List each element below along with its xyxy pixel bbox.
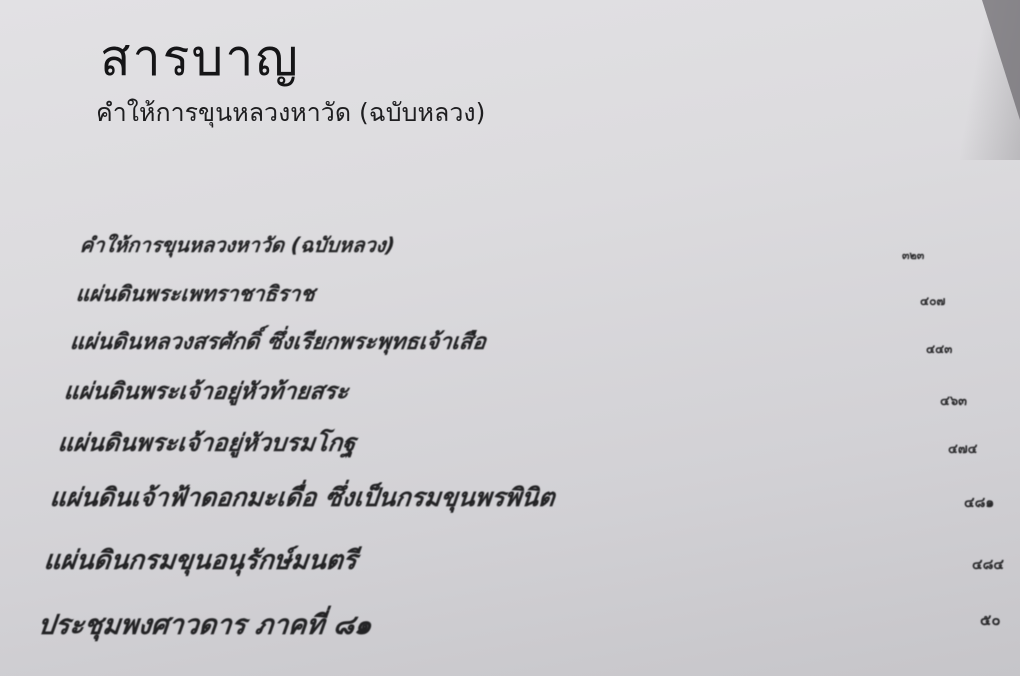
- page-subtitle: คำให้การขุนหลวงหาวัด (ฉบับหลวง): [96, 96, 485, 130]
- toc-entry: ประชุมพงศาวดาร ภาคที่ ๘๑ ๕๐: [38, 604, 1020, 644]
- toc-entry-label: แผ่นดินพระเจ้าอยู่หัวท้ายสระ: [62, 374, 350, 410]
- toc-entry: แผ่นดินพระเจ้าอยู่หัวบรมโกฐ ๔๗๔: [58, 424, 1018, 464]
- toc-entry-page: ๔๗๔: [948, 438, 977, 459]
- toc-entry-label: คำให้การขุนหลวงหาวัด (ฉบับหลวง): [78, 230, 396, 260]
- toc-entry-label: แผ่นดินพระเจ้าอยู่หัวบรมโกฐ: [56, 424, 358, 462]
- page-title: สารบาญ: [100, 30, 300, 86]
- toc-entry-label: แผ่นดินเจ้าฟ้าดอกมะเดื่อ ซึ่งเป็นกรมขุนพ…: [48, 478, 557, 518]
- toc-entry: แผ่นดินกรมขุนอนุรักษ์มนตรี ๔๘๔: [44, 540, 1020, 580]
- toc-entry: แผ่นดินพระเพทราชาธิราช ๔๐๗: [76, 278, 976, 318]
- toc-entry: คำให้การขุนหลวงหาวัด (ฉบับหลวง) ๓๒๓: [80, 230, 960, 270]
- toc-entry-page: ๔๘๑: [964, 492, 994, 514]
- toc-entry-page: ๔๐๗: [920, 292, 945, 311]
- toc-entry: แผ่นดินเจ้าฟ้าดอกมะเดื่อ ซึ่งเป็นกรมขุนพ…: [50, 478, 1020, 518]
- background-corner: [982, 0, 1020, 120]
- toc-entry-page: ๔๔๓: [926, 340, 952, 359]
- toc-entry: แผ่นดินหลวงสรศักดิ์ ซึ่งเรียกพระพุทธเจ้า…: [70, 326, 990, 366]
- toc-entry-label: แผ่นดินกรมขุนอนุรักษ์มนตรี: [42, 540, 359, 582]
- toc-entry-page: ๓๒๓: [902, 246, 924, 264]
- toc-entry-page: ๕๐: [980, 608, 1001, 632]
- toc-entry-page: ๔๘๔: [972, 554, 1004, 576]
- toc-entry: แผ่นดินพระเจ้าอยู่หัวท้ายสระ ๔๖๓: [64, 374, 1004, 414]
- toc-entry-page: ๔๖๓: [940, 390, 967, 411]
- toc-entry-label: แผ่นดินพระเพทราชาธิราช: [74, 278, 316, 310]
- toc-entry-label: ประชุมพงศาวดาร ภาคที่ ๘๑: [36, 604, 374, 648]
- toc-entry-label: แผ่นดินหลวงสรศักดิ์ ซึ่งเรียกพระพุทธเจ้า…: [68, 326, 487, 360]
